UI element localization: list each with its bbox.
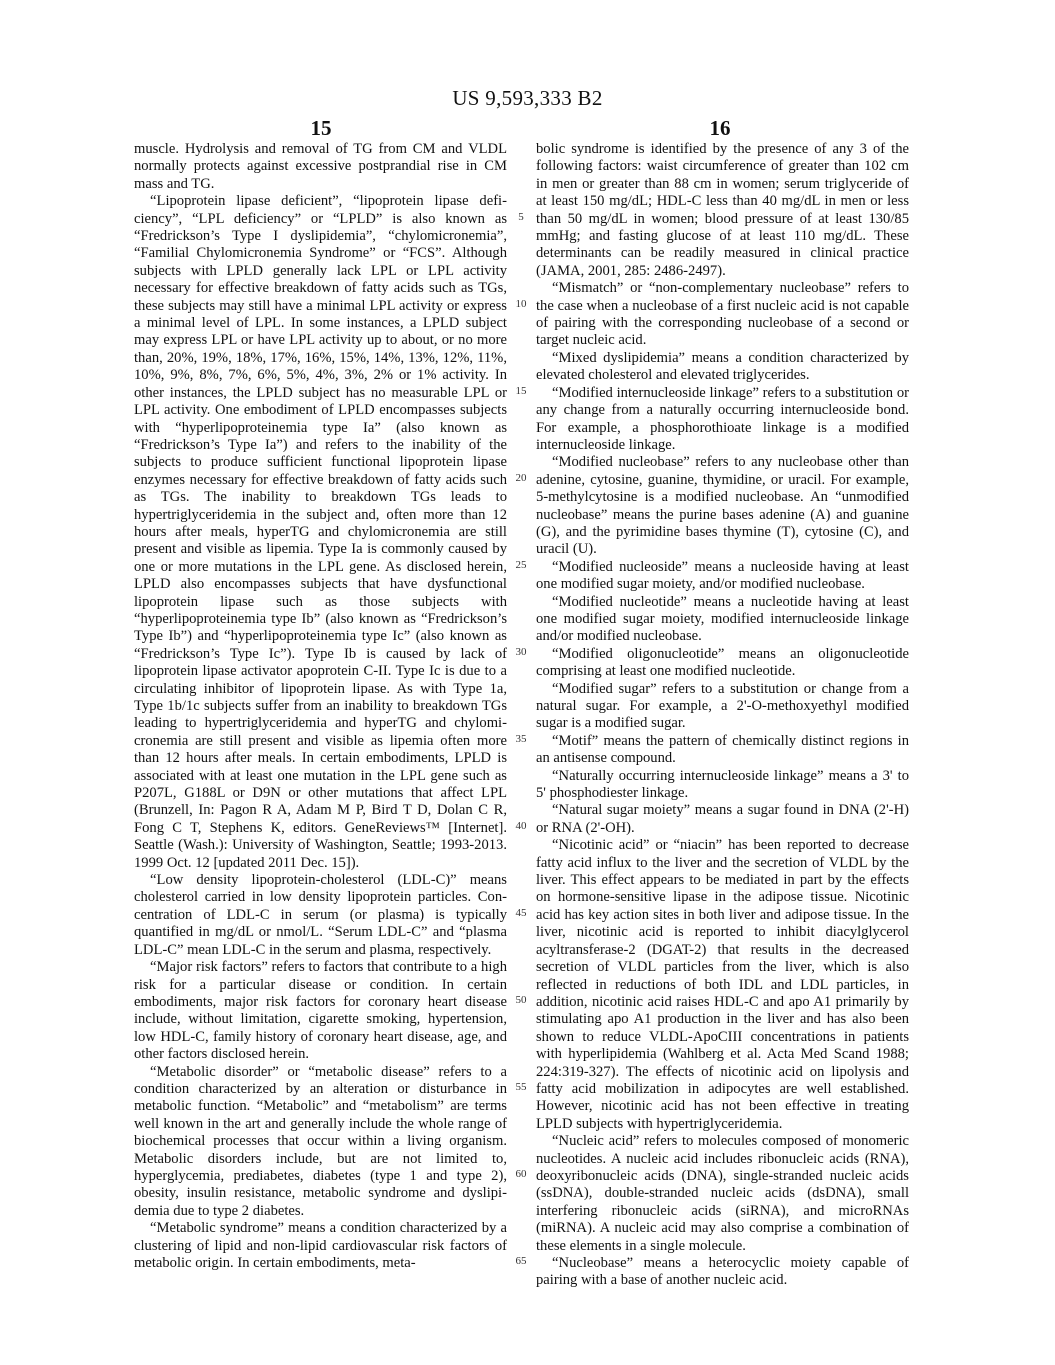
paragraph: muscle. Hydrolysis and removal of TG fro…	[134, 141, 507, 193]
paragraph: “Mixed dyslipidemia” means a condition c…	[536, 350, 909, 385]
paragraph: “Natural sugar moiety” means a sugar fou…	[536, 802, 909, 837]
paragraph: “Lipoprotein lipase deficient”, “lipopro…	[134, 193, 507, 872]
line-number: 10	[510, 298, 532, 310]
right-column-number: 16	[690, 116, 750, 141]
line-number: 55	[510, 1081, 532, 1093]
paragraph: “Modified sugar” refers to a substitutio…	[536, 681, 909, 733]
paragraph: “Modified nucleobase” refers to any nucl…	[536, 454, 909, 558]
paragraph: “Motif” means the pattern of chemically …	[536, 733, 909, 768]
left-column-number: 15	[291, 116, 351, 141]
line-number: 20	[510, 472, 532, 484]
paragraph: “Nucleic acid” refers to molecules compo…	[536, 1133, 909, 1255]
paragraph: “Metabolic syndrome” means a condition c…	[134, 1220, 507, 1272]
paragraph: “Major risk factors” refers to factors t…	[134, 959, 507, 1063]
line-number: 50	[510, 994, 532, 1006]
line-number: 35	[510, 733, 532, 745]
paragraph: “Metabolic disorder” or “metabolic disea…	[134, 1064, 507, 1221]
line-number: 60	[510, 1168, 532, 1180]
paragraph: “Modified internucleoside linkage” refer…	[536, 385, 909, 455]
paragraph: “Nucleobase” means a heterocyclic moiety…	[536, 1255, 909, 1290]
line-number: 5	[510, 211, 532, 223]
paragraph: “Modified oligonucleotide” means an olig…	[536, 646, 909, 681]
paragraph: “Mismatch” or “non-complementary nucleob…	[536, 280, 909, 350]
line-number: 40	[510, 820, 532, 832]
line-number: 25	[510, 559, 532, 571]
patent-number: US 9,593,333 B2	[0, 86, 1055, 111]
line-number: 15	[510, 385, 532, 397]
left-text-column: muscle. Hydrolysis and removal of TG fro…	[134, 141, 507, 1272]
right-text-column: bolic syndrome is identified by the pres…	[536, 141, 909, 1290]
line-number: 30	[510, 646, 532, 658]
paragraph: “Modified nucleotide” means a nucleotide…	[536, 594, 909, 646]
paragraph: “Modified nucleoside” means a nucleoside…	[536, 559, 909, 594]
line-number: 65	[510, 1255, 532, 1267]
paragraph: “Naturally occurring internucleoside lin…	[536, 768, 909, 803]
paragraph: bolic syndrome is identified by the pres…	[536, 141, 909, 280]
paragraph: “Nicotinic acid” or “niacin” has been re…	[536, 837, 909, 1133]
paragraph: “Low density lipoprotein-cholesterol (LD…	[134, 872, 507, 959]
line-number: 45	[510, 907, 532, 919]
